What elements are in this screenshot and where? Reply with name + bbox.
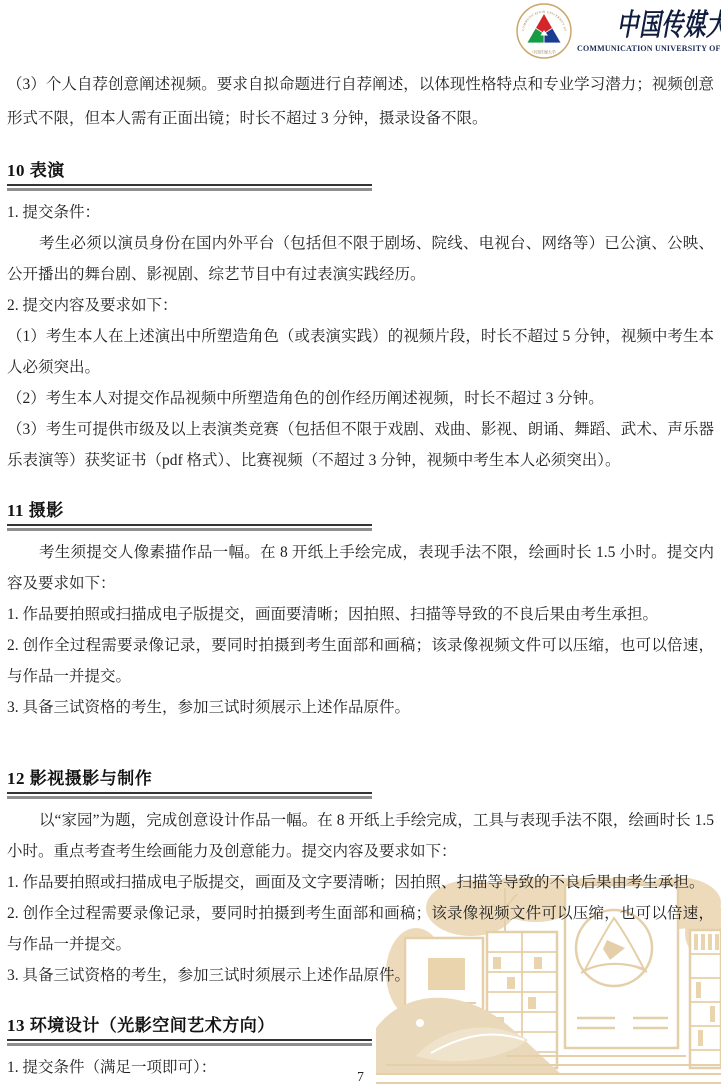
body-paragraph: （2）考生本人对提交作品视频中所塑造角色的创作经历阐述视频，时长不超过 3 分钟…	[7, 383, 714, 414]
section-heading: 10 表演	[7, 161, 714, 181]
document-section: 11 摄影考生须提交人像素描作品一幅。在 8 开纸上手绘完成，表现手法不限，绘画…	[7, 501, 714, 723]
page-number: 7	[0, 1069, 721, 1085]
body-paragraph: 3. 具备三试资格的考生，参加三试时须展示上述作品原件。	[7, 960, 714, 991]
body-paragraph: 考生须提交人像素描作品一幅。在 8 开纸上手绘完成，表现手法不限，绘画时长 1.…	[7, 537, 714, 599]
body-paragraph: （3）考生可提供市级及以上表演类竞赛（包括但不限于戏剧、戏曲、影视、朗诵、舞蹈、…	[7, 414, 714, 476]
body-paragraph: 1. 作品要拍照或扫描成电子版提交，画面及文字要清晰；因拍照、扫描等导致的不良后…	[7, 867, 714, 898]
heading-underline	[7, 1039, 372, 1046]
heading-underline	[7, 184, 372, 191]
body-paragraph: 1. 作品要拍照或扫描成电子版提交，画面要清晰；因拍照、扫描等导致的不良后果由考…	[7, 599, 714, 630]
section-heading: 13 环境设计（光影空间艺术方向）	[7, 1016, 714, 1036]
body-paragraph: 2. 提交内容及要求如下：	[7, 290, 714, 321]
university-name-zh: 中国传媒大学	[617, 9, 719, 43]
svg-text:中国传媒大学: 中国传媒大学	[532, 49, 556, 54]
heading-underline	[7, 524, 372, 531]
body-paragraph: 考生必须以演员身份在国内外平台（包括但不限于剧场、院线、电视台、网络等）已公演、…	[7, 228, 714, 290]
university-header: COMMUNICATION UNIVERSITY OF CHINA 中国传媒大学…	[516, 3, 719, 59]
document-page: COMMUNICATION UNIVERSITY OF CHINA 中国传媒大学…	[0, 0, 721, 1089]
body-paragraph: 1. 提交条件：	[7, 197, 714, 228]
document-section: 10 表演1. 提交条件：考生必须以演员身份在国内外平台（包括但不限于剧场、院线…	[7, 161, 714, 476]
section-heading: 11 摄影	[7, 501, 714, 521]
heading-underline	[7, 792, 372, 799]
document-body: （3）个人自荐创意阐述视频。要求自拟命题进行自荐阐述，以体现性格特点和专业学习潜…	[7, 68, 714, 1083]
university-name: 中国传媒大学 COMMUNICATION UNIVERSITY OF CHINA	[577, 9, 719, 53]
intro-paragraph: （3）个人自荐创意阐述视频。要求自拟命题进行自荐阐述，以体现性格特点和专业学习潜…	[7, 68, 714, 136]
document-section: 12 影视摄影与制作以“家园”为题，完成创意设计作品一幅。在 8 开纸上手绘完成…	[7, 769, 714, 991]
section-heading: 12 影视摄影与制作	[7, 769, 714, 789]
body-paragraph: 2. 创作全过程需要录像记录，要同时拍摄到考生面部和画稿；该录像视频文件可以压缩…	[7, 630, 714, 692]
sections: 10 表演1. 提交条件：考生必须以演员身份在国内外平台（包括但不限于剧场、院线…	[7, 161, 714, 1083]
university-seal-icon: COMMUNICATION UNIVERSITY OF CHINA 中国传媒大学	[516, 3, 572, 59]
university-name-en: COMMUNICATION UNIVERSITY OF CHINA	[577, 44, 719, 53]
body-paragraph: （1）考生本人在上述演出中所塑造角色（或表演实践）的视频片段，时长不超过 5 分…	[7, 321, 714, 383]
body-paragraph: 2. 创作全过程需要录像记录，要同时拍摄到考生面部和画稿；该录像视频文件可以压缩…	[7, 898, 714, 960]
body-paragraph: 以“家园”为题，完成创意设计作品一幅。在 8 开纸上手绘完成，工具与表现手法不限…	[7, 805, 714, 867]
body-paragraph: 3. 具备三试资格的考生，参加三试时须展示上述作品原件。	[7, 692, 714, 723]
